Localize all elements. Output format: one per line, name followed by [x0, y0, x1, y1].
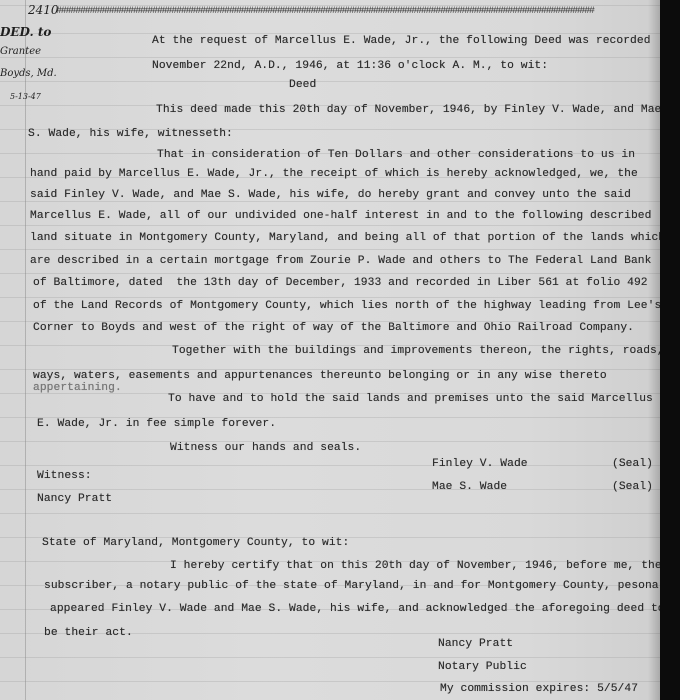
body-line: To have and to hold the said lands and p… — [168, 393, 653, 405]
body-line: S. Wade, his wife, witnesseth: — [28, 128, 233, 140]
hash-rule: ########################################… — [56, 6, 660, 18]
margin-rule — [25, 0, 26, 700]
recording-request-line: At the request of Marcellus E. Wade, Jr.… — [152, 35, 651, 47]
body-line: Marcellus E. Wade, all of our undivided … — [30, 210, 651, 222]
body-line: This deed made this 20th day of November… — [156, 104, 660, 116]
body-line: said Finley V. Wade, and Mae S. Wade, hi… — [30, 189, 631, 201]
acknowledgment-line: appeared Finley V. Wade and Mae S. Wade,… — [50, 603, 660, 615]
deed-page: 2410 DED. to Grantee Boyds, Md. 5-13-47 … — [0, 0, 660, 700]
notary-commission: My commission expires: 5/5/47 — [440, 683, 638, 695]
witness-name: Nancy Pratt — [37, 493, 112, 505]
margin-note-delivered: DED. to — [0, 25, 51, 39]
body-line: Corner to Boyds and west of the right of… — [33, 322, 634, 334]
acknowledgment-line: I hereby certify that on this 20th day o… — [170, 560, 660, 572]
margin-note-date: 5-13-47 — [10, 92, 41, 101]
margin-note-grantee: Grantee — [0, 46, 41, 57]
body-line: Together with the buildings and improvem… — [172, 345, 660, 357]
body-line: ways, waters, easements and appurtenance… — [33, 370, 607, 382]
margin-note-location: Boyds, Md. — [0, 68, 57, 79]
seal-mark-1: (Seal) — [612, 458, 653, 470]
recording-date-line: November 22nd, A.D., 1946, at 11:36 o'cl… — [152, 60, 548, 72]
body-line: E. Wade, Jr. in fee simple forever. — [37, 418, 276, 430]
seal-mark-2: (Seal) — [612, 481, 653, 493]
notary-name: Nancy Pratt — [438, 638, 513, 650]
body-line: of Baltimore, dated the 13th day of Dece… — [33, 277, 648, 289]
acknowledgment-venue: State of Maryland, Montgomery County, to… — [42, 537, 349, 549]
acknowledgment-line: be their act. — [44, 627, 133, 639]
grantor-signature-1: Finley V. Wade — [432, 458, 528, 470]
body-line: That in consideration of Ten Dollars and… — [157, 149, 635, 161]
body-line: appertaining. — [33, 382, 122, 394]
body-line: of the Land Records of Montgomery County… — [33, 300, 660, 312]
acknowledgment-line: subscriber, a notary public of the state… — [44, 580, 660, 592]
witness-label: Witness: — [37, 470, 92, 482]
grantor-signature-2: Mae S. Wade — [432, 481, 507, 493]
body-line: are described in a certain mortgage from… — [30, 255, 651, 267]
notary-title: Notary Public — [438, 661, 527, 673]
body-line: hand paid by Marcellus E. Wade, Jr., the… — [30, 168, 638, 180]
handwritten-page-number: 2410 — [28, 3, 59, 17]
body-line: land situate in Montgomery County, Maryl… — [30, 232, 660, 244]
document-title: Deed — [289, 79, 316, 91]
body-line: Witness our hands and seals. — [170, 442, 361, 454]
